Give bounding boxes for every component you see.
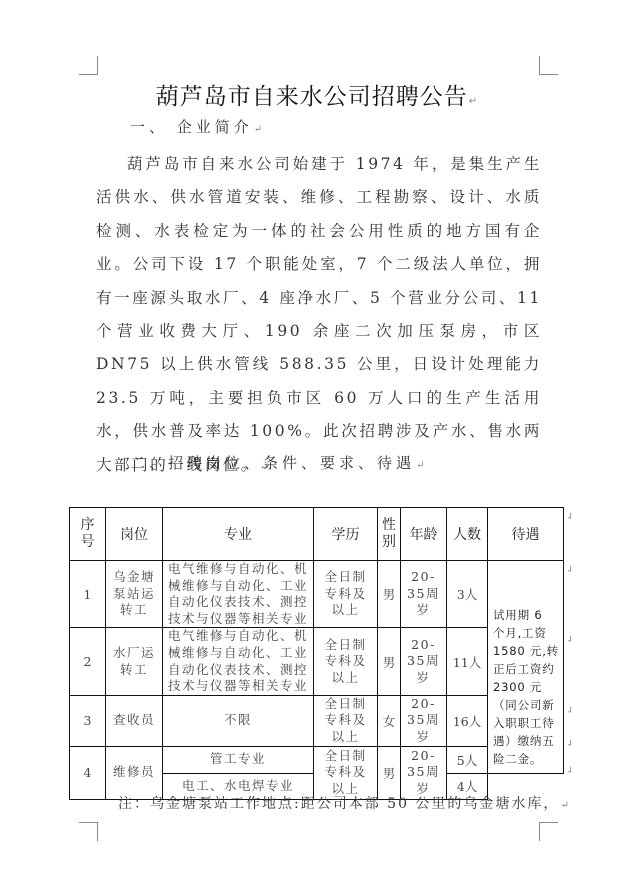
cell-gender[interactable]: 女 <box>378 695 401 746</box>
header-position[interactable]: 岗位 <box>106 508 163 561</box>
cell-count[interactable]: 11人 <box>447 628 488 695</box>
cell-major[interactable]: 电气维修与自动化、机械维修与自动化、工业自动化仪表技术、测控技术与仪器等相关专业 <box>163 561 314 628</box>
cell-education[interactable]: 全日制专科及以上 <box>314 746 378 799</box>
cell-position[interactable]: 查收员 <box>106 695 163 746</box>
document-title[interactable]: 葫芦岛市自来水公司招聘公告↵ <box>0 78 634 111</box>
cell-age[interactable]: 20-35周岁 <box>401 628 447 695</box>
cell-count[interactable]: 16人 <box>447 695 488 746</box>
cell-education[interactable]: 全日制专科及以上 <box>314 561 378 628</box>
paragraph-mark-icon: ↵ <box>560 800 570 811</box>
cell-age[interactable]: 20-35周岁 <box>401 695 447 746</box>
row-end-mark-icon: ┘ <box>568 514 573 524</box>
cell-position[interactable]: 乌金塘泵站运转工 <box>106 561 163 628</box>
cell-age[interactable]: 20-35周岁 <box>401 561 447 628</box>
cell-count[interactable]: 5人 <box>447 746 488 773</box>
cell-major[interactable]: 管工专业 <box>163 746 314 773</box>
cell-major[interactable]: 不限 <box>163 695 314 746</box>
paragraph-mark-icon: ↵ <box>416 460 428 471</box>
header-age[interactable]: 年龄 <box>401 508 447 561</box>
paragraph-mark-icon: ↵ <box>254 124 266 135</box>
header-major[interactable]: 专业 <box>163 508 314 561</box>
cell-gender[interactable]: 男 <box>378 746 401 799</box>
row-end-mark-icon: ┘ <box>568 768 573 778</box>
page-corner-mark-top-left <box>79 56 98 75</box>
page-corner-mark-bottom-right <box>539 822 558 841</box>
cell-major[interactable]: 电气维修与自动化、机械维修与自动化、工业自动化仪表技术、测控技术与仪器等相关专业 <box>163 628 314 695</box>
header-gender[interactable]: 性别 <box>378 508 401 561</box>
cell-position[interactable]: 维修员 <box>106 746 163 799</box>
row-end-mark-icon: ┘ <box>568 741 573 751</box>
cell-no[interactable]: 1 <box>70 561 106 628</box>
cell-position[interactable]: 水厂运转工 <box>106 628 163 695</box>
company-intro-paragraph[interactable]: 葫芦岛市自来水公司始建于 1974 年，是集生产生活供水、供水管道安装、维修、工… <box>96 148 542 484</box>
section-heading-positions[interactable]: 二、招聘岗位、条件、要求、待遇↵ <box>130 452 428 473</box>
paragraph-mark-icon: ↵ <box>469 96 478 107</box>
row-end-mark-icon: ┘ <box>568 637 573 647</box>
footnote[interactable]: 注：乌金塘泵站工作地点:距公司本部 50 公里的乌金塘水库，↵ <box>118 793 571 813</box>
header-count[interactable]: 人数 <box>447 508 488 561</box>
cell-gender[interactable]: 男 <box>378 561 401 628</box>
header-education[interactable]: 学历 <box>314 508 378 561</box>
cell-benefits[interactable]: 试用期 6 个月,工资 1580 元,转正后工资约 2300 元（同公司新入职职… <box>488 561 564 774</box>
cell-no[interactable]: 3 <box>70 695 106 746</box>
row-end-mark-icon: ┘ <box>568 708 573 718</box>
header-no[interactable]: 序号 <box>70 508 106 561</box>
cell-education[interactable]: 全日制专科及以上 <box>314 695 378 746</box>
cell-no[interactable]: 2 <box>70 628 106 695</box>
cell-no[interactable]: 4 <box>70 746 106 799</box>
cell-education[interactable]: 全日制专科及以上 <box>314 628 378 695</box>
table-row: 1 乌金塘泵站运转工 电气维修与自动化、机械维修与自动化、工业自动化仪表技术、测… <box>70 561 564 628</box>
section-heading-company-intro[interactable]: 一、 企业简介↵ <box>130 116 266 137</box>
recruitment-table[interactable]: 序号 岗位 专业 学历 性别 年龄 人数 待遇 1 乌金塘泵站运转工 电气维修与… <box>69 507 564 800</box>
header-benefits[interactable]: 待遇 <box>488 508 564 561</box>
page-corner-mark-bottom-left <box>79 822 98 841</box>
table-header-row: 序号 岗位 专业 学历 性别 年龄 人数 待遇 <box>70 508 564 561</box>
cell-age[interactable]: 20-35周岁 <box>401 746 447 799</box>
row-end-mark-icon: ┘ <box>568 567 573 577</box>
cell-count[interactable]: 3人 <box>447 561 488 628</box>
page-corner-mark-top-right <box>539 56 558 75</box>
cell-gender[interactable]: 男 <box>378 628 401 695</box>
